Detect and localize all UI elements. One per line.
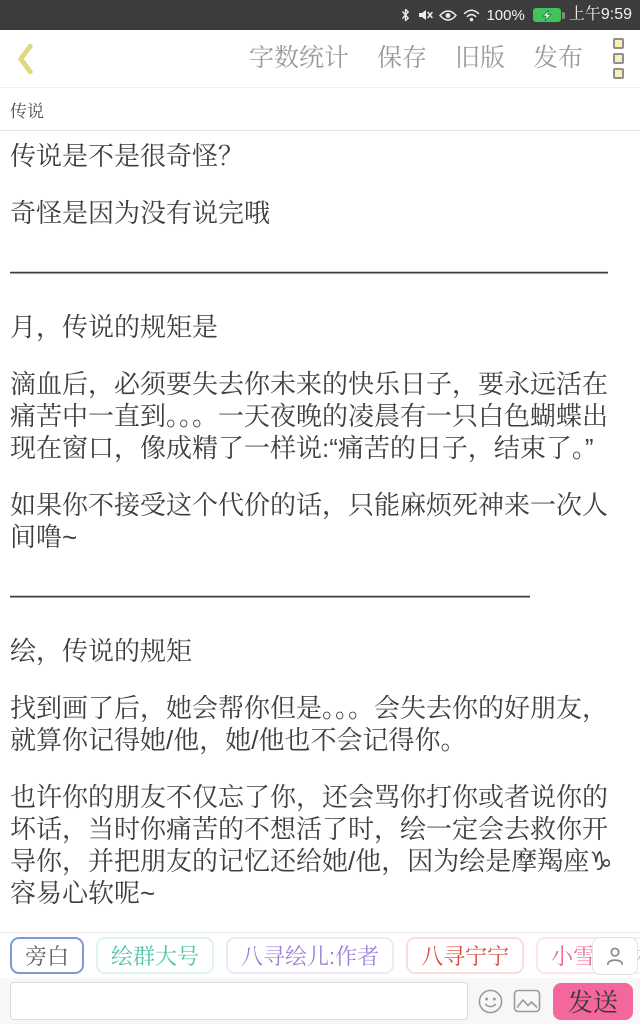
chip-character-2[interactable]: 八寻绘儿:作者 [226,937,394,974]
battery-percent: 100% [486,8,524,23]
story-paragraph: 如果你不接受这个代价的话，只能麻烦死神来一次人间噜~ [10,489,630,553]
back-chevron-icon [14,43,36,75]
story-editor[interactable]: 传说是不是很奇怪？奇怪是因为没有说完哦—————————————————————… [0,131,640,932]
chip-narrator[interactable]: 旁白 [10,937,84,974]
chip-character-3[interactable]: 八寻宁宁 [406,937,524,974]
old-version-button[interactable]: 旧版 [455,46,505,71]
status-bar: 100% 上午9:59 [0,0,640,30]
story-paragraph: 奇怪是因为没有说完哦 [10,197,630,229]
story-paragraph: 找到画了后，她会帮你但是。。。会失去你的好朋友，就算你记得她/他，她/他也不会记… [10,692,630,756]
message-input-bar: 发送 [0,978,640,1024]
characters-button[interactable] [592,937,638,975]
story-paragraph: 绘，传说的规矩 [10,635,630,667]
save-button[interactable]: 保存 [377,46,427,71]
overflow-menu-icon[interactable] [611,36,626,81]
toolbar: 字数统计 保存 旧版 发布 [0,30,640,88]
publish-button[interactable]: 发布 [533,46,583,71]
title-field[interactable]: 传说 [10,97,44,122]
toolbar-actions: 字数统计 保存 旧版 发布 [249,36,626,81]
note-editor-screen: 100% 上午9:59 字数统计 保存 旧版 发布 传说 传说是不是很奇怪？奇怪… [0,0,640,1024]
story-paragraph: 月，传说的规矩是 [10,311,630,343]
character-chips-bar: 旁白 绘群大号 八寻绘儿:作者 八寻宁宁 小雪 樱凌暗 [0,932,640,978]
person-icon [604,945,626,967]
image-icon[interactable] [513,989,541,1013]
story-paragraph: 传说是不是很奇怪？ [10,140,630,172]
word-count-button[interactable]: 字数统计 [249,46,349,71]
message-input[interactable] [10,982,468,1020]
story-paragraph: ——————————————————————— [10,254,630,286]
emoji-icon[interactable] [477,988,504,1015]
eye-comfort-icon [439,9,457,22]
story-paragraph: 滴血后，必须要失去你未来的快乐日子，要永远活在痛苦中一直到。。。一天夜晚的凌晨有… [10,368,630,464]
clock-text: 上午9:59 [569,7,632,23]
mute-icon [417,7,433,23]
story-paragraph: ———————————————————— [10,578,630,610]
title-row: 传说 [0,88,640,131]
back-button[interactable] [14,40,44,78]
bluetooth-icon [400,7,411,23]
wifi-icon [463,9,480,22]
battery-charging-icon [533,8,561,22]
chip-character-1[interactable]: 绘群大号 [96,937,214,974]
send-button[interactable]: 发送 [553,983,633,1020]
story-paragraph: 也许你的朋友不仅忘了你，还会骂你打你或者说你的坏话，当时你痛苦的不想活了时，绘一… [10,781,630,909]
